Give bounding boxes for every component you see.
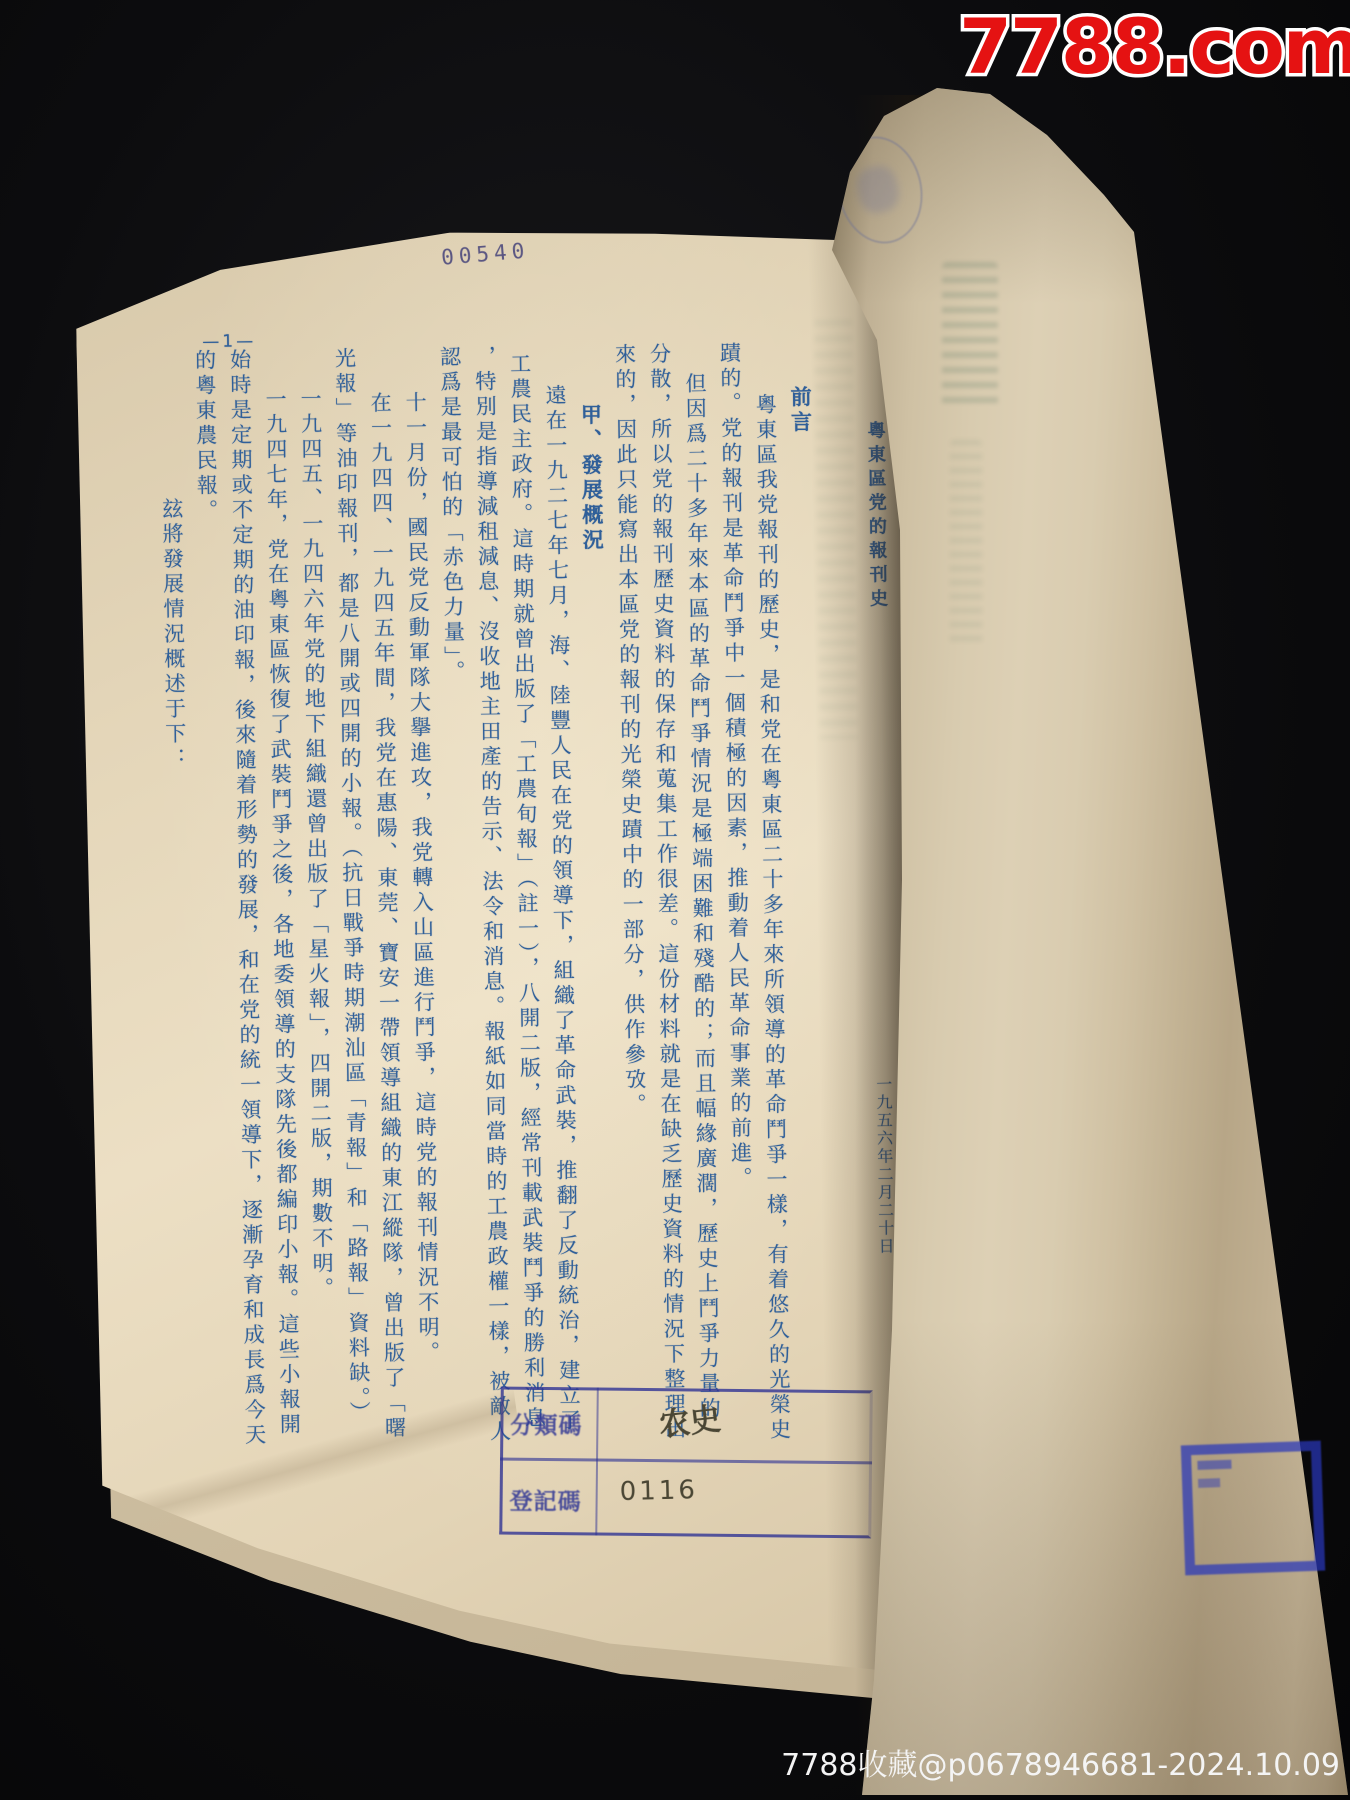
stamp-row1-label: 分類碼 xyxy=(510,1407,594,1441)
serial-number: 00540 xyxy=(440,238,530,269)
text-block: 前言 粵東區我党報刊的歷史，是和党在粵東區二十多年來所領導的革命鬥爭一樣，有着悠… xyxy=(151,341,832,1505)
stamp-row1-value-handwritten: 农史 xyxy=(656,1393,723,1445)
document-page: 00540 —1— 粵東區党的報刊史 一九五六年二月二十日 前言 粵東區我党報刊… xyxy=(75,222,923,1698)
blue-square-stamp xyxy=(1181,1441,1325,1576)
credit-watermark: 7788收藏@p0678946681-2024.10.09 xyxy=(781,1740,1340,1784)
site-watermark: 7788.com xyxy=(959,2,1350,91)
ghost-text-showthrough xyxy=(942,262,998,412)
seal-smudge xyxy=(853,163,902,216)
blue-stamp-mark xyxy=(1197,1460,1231,1470)
ghost-text-showthrough xyxy=(950,440,982,650)
stamp-row2-value-handwritten: 0116 xyxy=(619,1475,698,1507)
blue-stamp-mark xyxy=(1198,1478,1220,1488)
registration-stamp: 分類碼 农史 登記碼 0116 xyxy=(499,1386,873,1538)
